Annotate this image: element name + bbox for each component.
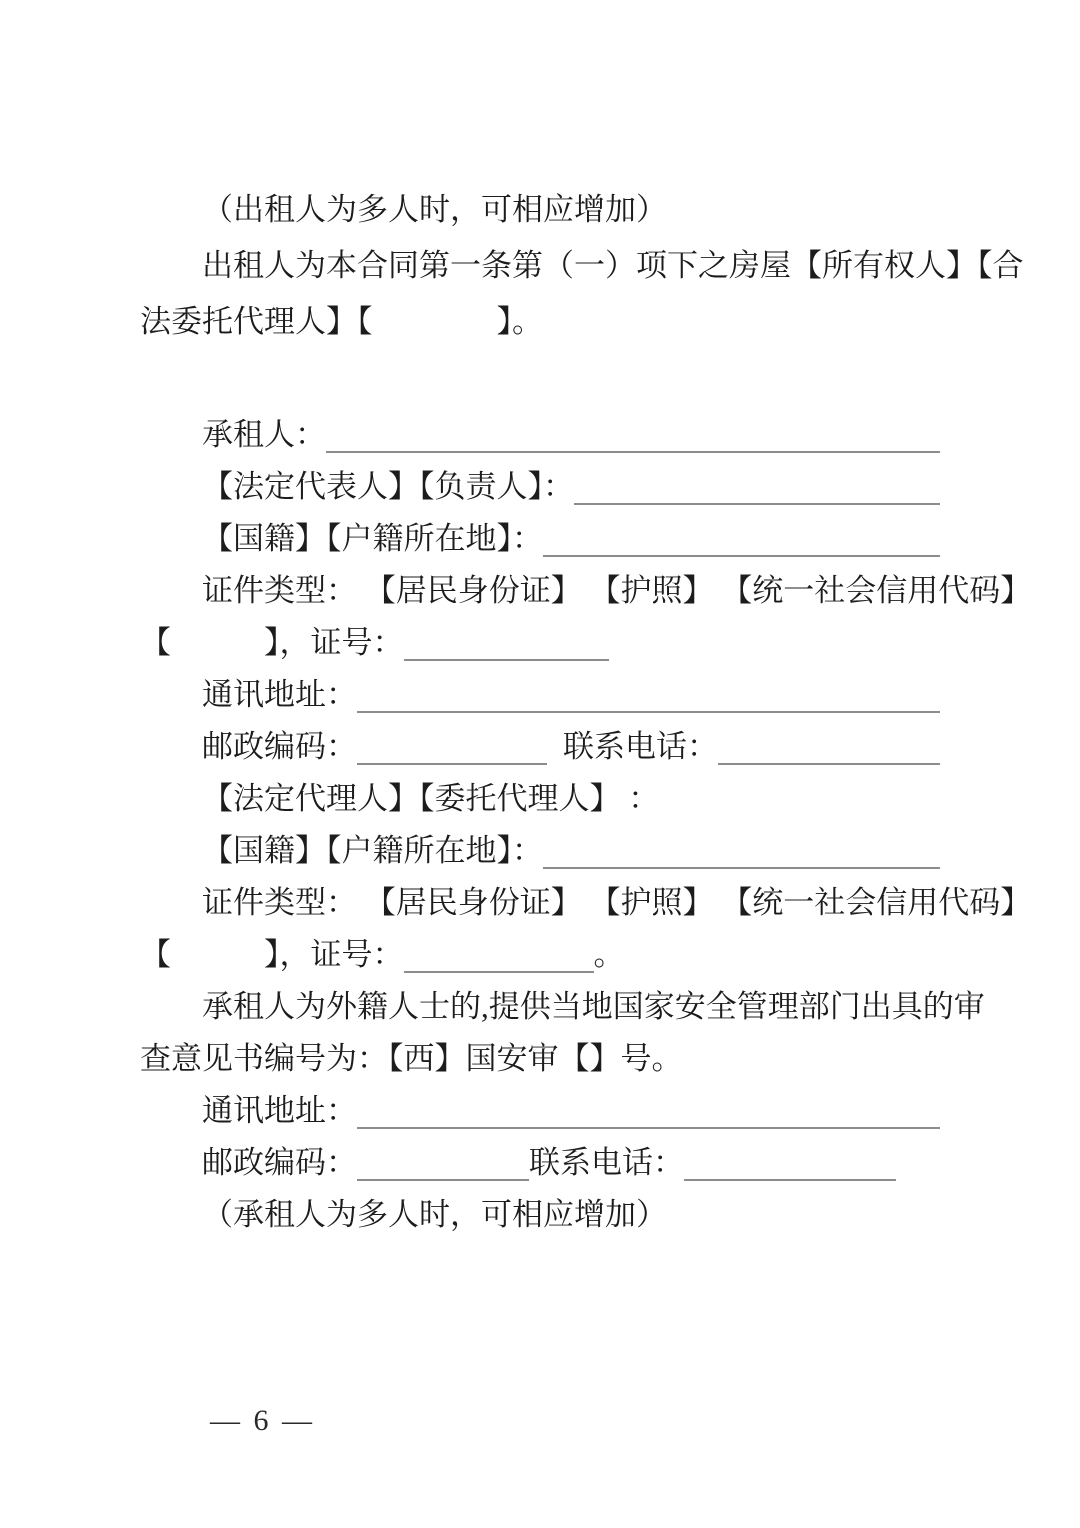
foreign-lessee-line1: 承租人为外籍人士的,提供当地国家安全管理部门出具的审 <box>140 981 940 1033</box>
lessee-id-number-label: 【 】，证号： <box>140 617 404 669</box>
contact-postcode-phone-row: 邮政编码： 联系电话： <box>140 1137 940 1189</box>
lessee-name-label: 承租人： <box>202 409 326 461</box>
lessor-identity-line2: 法委托代理人】【 】。 <box>140 294 940 350</box>
lessor-section: （出租人为多人时，可相应增加） 出租人为本合同第一条第（一）项下之房屋【所有权人… <box>140 182 940 350</box>
lessee-address-row: 通讯地址： <box>140 669 940 721</box>
lessee-legal-rep-label: 【法定代表人】【负责人】： <box>202 461 574 513</box>
lessee-id-number-blank <box>404 659 609 661</box>
lessee-id-type-line: 证件类型： 【居民身份证】 【护照】 【统一社会信用代码】 <box>140 565 940 617</box>
agent-nationality-blank <box>543 867 940 869</box>
lessee-nationality-label: 【国籍】【户籍所在地】： <box>202 513 543 565</box>
page-number: — 6 — <box>210 1404 315 1437</box>
agent-id-number-suffix: 。 <box>594 929 625 981</box>
lessee-nationality-row: 【国籍】【户籍所在地】： <box>140 513 940 565</box>
section-gap <box>140 350 940 409</box>
lessee-phone-blank <box>718 763 940 765</box>
agent-id-number-row: 【 】，证号： 。 <box>140 929 940 981</box>
contract-body: （出租人为多人时，可相应增加） 出租人为本合同第一条第（一）项下之房屋【所有权人… <box>140 182 940 1241</box>
contract-scan-page: （出租人为多人时，可相应增加） 出租人为本合同第一条第（一）项下之房屋【所有权人… <box>0 0 1080 1528</box>
lessee-legal-rep-row: 【法定代表人】【负责人】： <box>140 461 940 513</box>
lessee-section: 承租人： 【法定代表人】【负责人】： 【国籍】【户籍所在地】： 证件类型： 【居… <box>140 409 940 1241</box>
lessee-nationality-blank <box>543 555 940 557</box>
contact-address-blank <box>357 1127 940 1129</box>
contact-postcode-blank <box>357 1179 529 1181</box>
agent-id-type-line: 证件类型： 【居民身份证】 【护照】 【统一社会信用代码】 <box>140 877 940 929</box>
page-footer: — 6 — <box>168 1352 315 1490</box>
contact-phone-label: 联系电话： <box>529 1137 684 1189</box>
lessee-legal-rep-blank <box>574 503 940 505</box>
lessee-address-blank <box>357 711 940 713</box>
contact-address-label: 通讯地址： <box>202 1085 357 1137</box>
lessor-identity-line1: 出租人为本合同第一条第（一）项下之房屋【所有权人】【合 <box>140 238 940 294</box>
lessee-address-label: 通讯地址： <box>202 669 357 721</box>
agent-nationality-row: 【国籍】【户籍所在地】： <box>140 825 940 877</box>
lessee-postcode-phone-row: 邮政编码： 联系电话： <box>140 721 940 773</box>
note-multiple-lessors: （出租人为多人时，可相应增加） <box>140 182 940 238</box>
note-multiple-lessees: （承租人为多人时，可相应增加） <box>140 1189 940 1241</box>
agent-title-line: 【法定代理人】【委托代理人】 ： <box>140 773 940 825</box>
lessee-name-row: 承租人： <box>140 409 940 461</box>
contact-phone-blank <box>684 1179 896 1181</box>
agent-nationality-label: 【国籍】【户籍所在地】： <box>202 825 543 877</box>
contact-address-row: 通讯地址： <box>140 1085 940 1137</box>
foreign-lessee-line2: 查意见书编号为：【西】国安审【】号。 <box>140 1033 940 1085</box>
lessee-phone-label: 联系电话： <box>563 721 718 773</box>
lessee-name-blank <box>326 451 940 453</box>
contact-postcode-label: 邮政编码： <box>202 1137 357 1189</box>
agent-id-number-label: 【 】，证号： <box>140 929 404 981</box>
lessee-postcode-blank <box>357 763 547 765</box>
lessee-postcode-label: 邮政编码： <box>202 721 357 773</box>
agent-id-number-blank <box>404 971 594 973</box>
lessee-id-number-row: 【 】，证号： <box>140 617 940 669</box>
